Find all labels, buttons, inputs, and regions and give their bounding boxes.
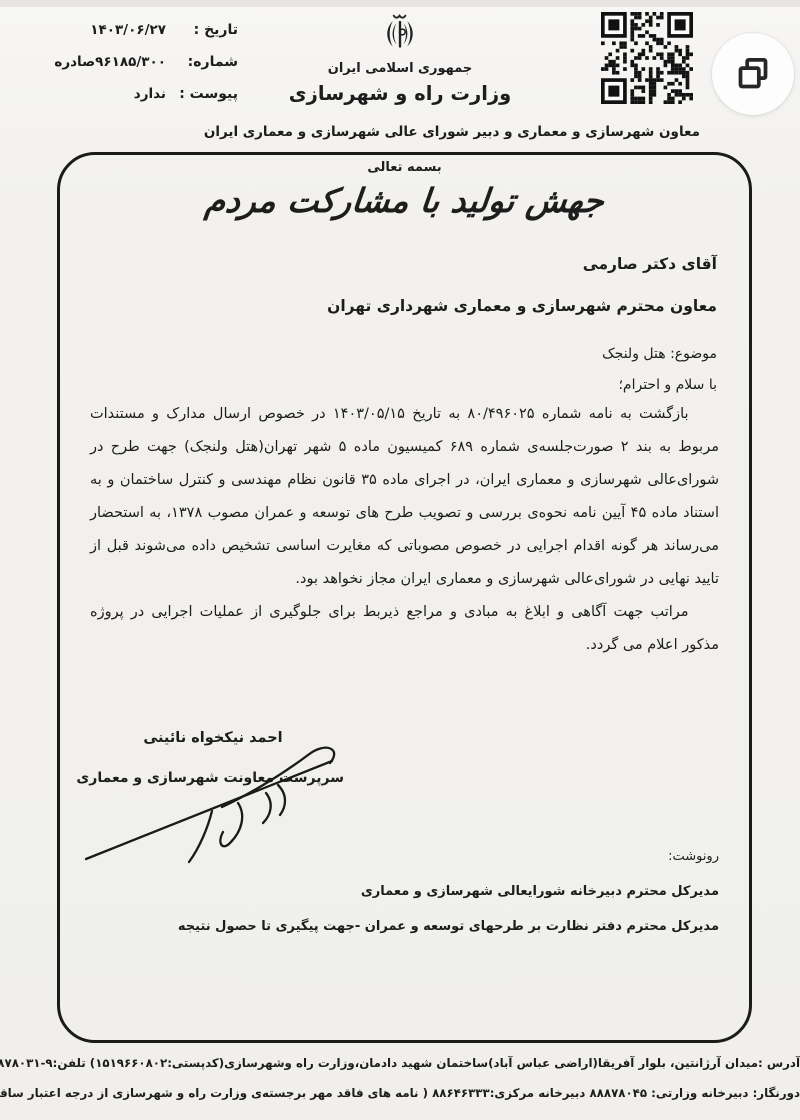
ministry-title: وزارت راه و شهرسازی	[280, 82, 520, 105]
scan-edge-strip	[0, 0, 800, 7]
footer-address-line: آدرس :میدان آرژانتین، بلوار آفریقا(اراضی…	[0, 1048, 800, 1078]
country-title: جمهوری اسلامی ایران	[280, 61, 520, 76]
iran-emblem-icon	[380, 10, 420, 54]
recipient-name: آقای دکتر صارمی	[583, 255, 717, 273]
body-paragraph-1: بازگشت به نامه شماره ۸۰/۴۹۶۰۲۵ به تاریخ …	[90, 398, 719, 596]
body-paragraph-2: مراتب جهت آگاهی و ابلاغ به مبادی و مراجع…	[90, 596, 719, 662]
deputy-subtitle: معاون شهرسازی و معماری و دبیر شورای عالی…	[204, 124, 700, 140]
besmele-text: بسمه تعالی	[60, 160, 749, 175]
letter-body-text: بازگشت به نامه شماره ۸۰/۴۹۶۰۲۵ به تاریخ …	[90, 398, 719, 662]
qr-code	[601, 12, 693, 104]
year-slogan-calligraphy: جهش تولید با مشارکت مردم	[58, 181, 751, 220]
signer-title: سرپرست معاونت شهرسازی و معماری	[82, 770, 344, 786]
subject-line: موضوع: هتل ولنجک	[602, 346, 717, 362]
salutation-line: با سلام و احترام؛	[618, 377, 717, 393]
number-label: شماره:	[166, 54, 238, 70]
copy-icon	[733, 54, 773, 94]
signature-block: احمد نیکخواه نائینی سرپرست معاونت شهرساز…	[82, 730, 344, 786]
recipient-title: معاون محترم شهرسازی و معماری شهرداری تهر…	[327, 297, 717, 315]
letter-body-frame: بسمه تعالی جهش تولید با مشارکت مردم آقای…	[57, 152, 752, 1043]
letter-footer: آدرس :میدان آرژانتین، بلوار آفریقا(اراضی…	[0, 1048, 800, 1108]
cc-item: مدیرکل محترم دفتر نظارت بر طرحهای توسعه …	[178, 919, 719, 934]
attachment-label: پیوست :	[166, 86, 238, 102]
cc-item: مدیرکل محترم دبیرخانه شورایعالی شهرسازی …	[361, 884, 719, 899]
meta-row-attachment: پیوست : ندارد	[12, 86, 238, 118]
date-value: ۱۴۰۳/۰۶/۲۷	[12, 22, 166, 38]
footer-fax-line: دورنگار: دبیرخانه وزارتی: ۸۸۸۷۸۰۴۵ دبیرخ…	[0, 1078, 800, 1108]
letter-meta-block: تاریخ : ۱۴۰۳/۰۶/۲۷ شماره: ۹۶۱۸۵/۳۰۰صادره…	[12, 22, 238, 118]
signer-name: احمد نیکخواه نائینی	[82, 730, 344, 746]
cc-label: رونوشت:	[668, 849, 719, 864]
copy-button[interactable]	[712, 33, 794, 115]
letterhead-center: جمهوری اسلامی ایران وزارت راه و شهرسازی	[280, 10, 520, 105]
date-label: تاریخ :	[166, 22, 238, 38]
meta-row-date: تاریخ : ۱۴۰۳/۰۶/۲۷	[12, 22, 238, 54]
number-value: ۹۶۱۸۵/۳۰۰صادره	[12, 54, 166, 70]
attachment-value: ندارد	[12, 86, 166, 102]
scanned-letter-page: { "header": { "meta": { "date_label": "ت…	[0, 0, 800, 1120]
meta-row-number: شماره: ۹۶۱۸۵/۳۰۰صادره	[12, 54, 238, 86]
